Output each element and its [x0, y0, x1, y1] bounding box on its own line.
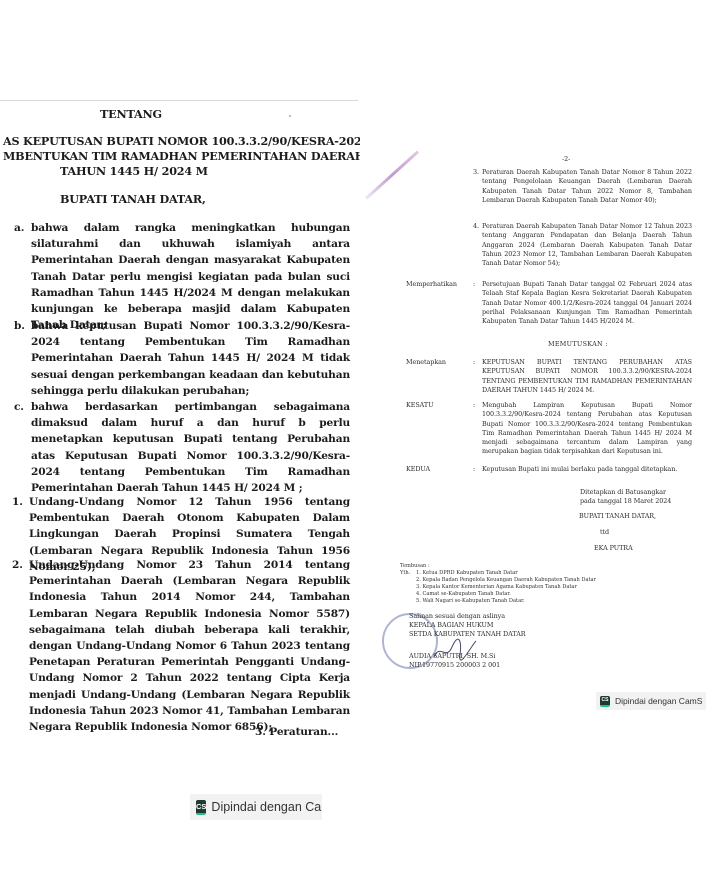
consideration-label: b.: [14, 318, 25, 334]
colon: :: [473, 465, 475, 474]
tembusan-heading: Tembusan :: [400, 563, 430, 570]
official-name: AUDIA SAPUTRI, SH. M.Si: [409, 652, 495, 661]
kesatu-text: Mengubah Lampiran Keputusan Bupati Nomor…: [482, 401, 692, 457]
legal-basis-text: Undang-Undang Nomor 23 Tahun 2014 tentan…: [29, 557, 350, 735]
legal-basis-label: 2.: [12, 557, 23, 573]
camscanner-watermark: CS Dipindai dengan Cam: [190, 794, 322, 820]
menetapkan-label: Menetapkan: [406, 358, 446, 367]
tembusan-item: 2. Kepala Badan Pengelola Keuangan Daera…: [416, 577, 596, 584]
colon: :: [473, 280, 475, 289]
title-line-2: MBENTUKAN TIM RAMADHAN PEMERINTAHAN DAER…: [3, 149, 365, 163]
consideration-text: bahwa berdasarkan pertimbangan sebagaima…: [31, 399, 350, 496]
menetapkan-text: KEPUTUSAN BUPATI TENTANG PERUBAHAN ATAS …: [482, 358, 692, 395]
camscanner-icon: CS: [600, 696, 610, 707]
bupati-heading: BUPATI TANAH DATAR,: [60, 192, 206, 206]
consideration-label: c.: [14, 399, 24, 415]
memperhatikan-label: Memperhatikan: [406, 280, 457, 289]
tembusan-item: 1. Ketua DPRD Kabupaten Tanah Datar: [416, 570, 518, 577]
document-page-1: TENTANG AS KEPUTUSAN BUPATI NOMOR 100.3.…: [0, 100, 358, 841]
title-line-1: AS KEPUTUSAN BUPATI NOMOR 100.3.3.2/90/K…: [3, 134, 369, 148]
consideration-text: bahwa dalam rangka meningkatkan hubungan…: [31, 220, 350, 333]
kedua-label: KEDUA: [406, 465, 430, 474]
legal-basis-label: 1.: [12, 494, 23, 510]
continuation-marker: 3. Peraturan...: [255, 724, 338, 740]
colon: :: [473, 401, 475, 410]
official-nip: NIP.19770915 200003 2 001: [409, 661, 500, 670]
watermark-text: Dipindai dengan Cam: [211, 800, 322, 814]
document-page-2: -2- 3. Peraturan Daerah Kabupaten Tanah …: [360, 135, 706, 715]
scan-edge-mark: [365, 151, 419, 200]
signed-mark: ttd: [600, 528, 609, 537]
tentang-label: TENTANG: [100, 107, 162, 121]
certified-line: Salinan sesuai dengan aslinya: [409, 612, 505, 621]
memperhatikan-text: Persetujuan Bupati Tanah Datar tanggal 0…: [482, 280, 692, 326]
legal-basis-text: Peraturan Daerah Kabupaten Tanah Datar N…: [482, 168, 692, 205]
colon: :: [473, 358, 475, 367]
certified-line: KEPALA BAGIAN HUKUM: [409, 621, 493, 630]
tembusan-prefix: Yth.: [400, 570, 410, 577]
title-line-3: TAHUN 1445 H/ 2024 M: [60, 164, 208, 178]
memutuskan-heading: MEMUTUSKAN :: [548, 340, 608, 349]
date-line: pada tanggal 18 Maret 2024: [580, 497, 671, 506]
watermark-text: Dipindai dengan CamS: [615, 696, 702, 706]
kedua-text: Keputusan Bupati ini mulai berlaku pada …: [482, 465, 692, 474]
signatory-title: BUPATI TANAH DATAR,: [579, 512, 656, 521]
consideration-text: bahwa keputusan Bupati Nomor 100.3.3.2/9…: [31, 318, 350, 399]
scan-speck: [289, 115, 291, 117]
camscanner-watermark: CS Dipindai dengan CamS: [596, 692, 706, 710]
legal-basis-text: Peraturan Daerah Kabupaten Tanah Datar N…: [482, 222, 692, 268]
tembusan-item: 4. Camat se-Kabupaten Tanah Datar.: [416, 591, 511, 598]
place-line: Ditetapkan di Batusangkar: [580, 488, 666, 497]
legal-basis-label: 4.: [473, 222, 479, 231]
page-number: -2-: [562, 155, 570, 164]
tembusan-item: 3. Kepala Kantor Kementerian Agama Kabup…: [416, 584, 577, 591]
tembusan-item: 5. Wali Nagari se-Kabupaten Tanah Datar.: [416, 598, 525, 605]
consideration-label: a.: [14, 220, 24, 236]
legal-basis-label: 3.: [473, 168, 479, 177]
signatory-name: EKA PUTRA: [594, 544, 633, 553]
kesatu-label: KESATU: [406, 401, 433, 410]
camscanner-icon: CS: [196, 800, 206, 815]
